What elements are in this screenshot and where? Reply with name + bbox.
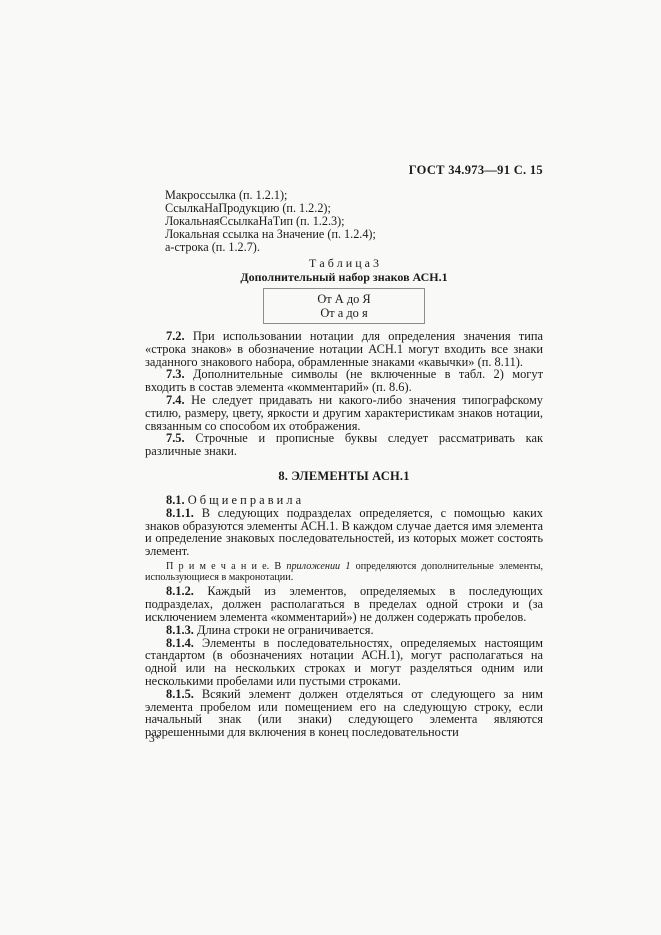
paragraph-7-3: 7.3. Дополнительные символы (не включенн… — [145, 368, 543, 394]
paragraph-8-1-2: 8.1.2. Каждый из элементов, определяемых… — [145, 585, 543, 623]
clause-text: Строчные и прописные буквы следует рассм… — [145, 431, 543, 458]
paragraph-7-2: 7.2. При использовании нотации для опред… — [145, 330, 543, 368]
note-italic-text: приложении 1 — [286, 561, 350, 572]
note-label: П р и м е ч а н и е. — [166, 561, 269, 572]
clause-text: Всякий элемент должен отделяться от след… — [145, 687, 543, 739]
clause-text: Дополнительные символы (не включенные в … — [145, 367, 543, 394]
note-paragraph: П р и м е ч а н и е. В приложении 1 опре… — [145, 561, 543, 583]
clause-text: Каждый из элементов, определяемых в посл… — [145, 584, 543, 624]
section-8-heading: 8. ЭЛЕМЕНТЫ АСН.1 — [145, 469, 543, 484]
page-header: ГОСТ 34.973—91 С. 15 — [145, 163, 543, 177]
clause-text: Не следует придавать ни какого-либо знач… — [145, 393, 543, 433]
clause-text: При использовании нотации для определени… — [145, 329, 543, 369]
table-title: Дополнительный набор знаков АСН.1 — [145, 271, 543, 283]
document-page: ГОСТ 34.973—91 С. 15 Макроссылка (п. 1.2… — [145, 163, 543, 739]
clause-text: В следующих подразделах определяется, с … — [145, 506, 543, 558]
footer-signature-mark: 3* — [149, 733, 161, 745]
paragraph-7-5: 7.5. Строчные и прописные буквы следует … — [145, 432, 543, 458]
char-range-row: От А до Я — [264, 292, 424, 306]
paragraph-7-4: 7.4. Не следует придавать ни какого-либо… — [145, 394, 543, 432]
char-range-row: От а до я — [264, 306, 424, 320]
reference-list: Макроссылка (п. 1.2.1); СсылкаНаПродукци… — [165, 189, 543, 254]
character-range-box: От А до Я От а до я — [263, 288, 425, 324]
table-caption: Т а б л и ц а 3 — [145, 257, 543, 269]
list-item: а-строка (п. 1.2.7). — [165, 241, 543, 254]
paragraph-8-1-1: 8.1.1. В следующих подразделах определяе… — [145, 507, 543, 558]
paragraph-8-1-4: 8.1.4. Элементы в последовательностях, о… — [145, 637, 543, 688]
note-text: В — [269, 561, 286, 572]
clause-text: Элементы в последовательностях, определя… — [145, 636, 543, 688]
paragraph-8-1-5: 8.1.5. Всякий элемент должен отделяться … — [145, 688, 543, 739]
